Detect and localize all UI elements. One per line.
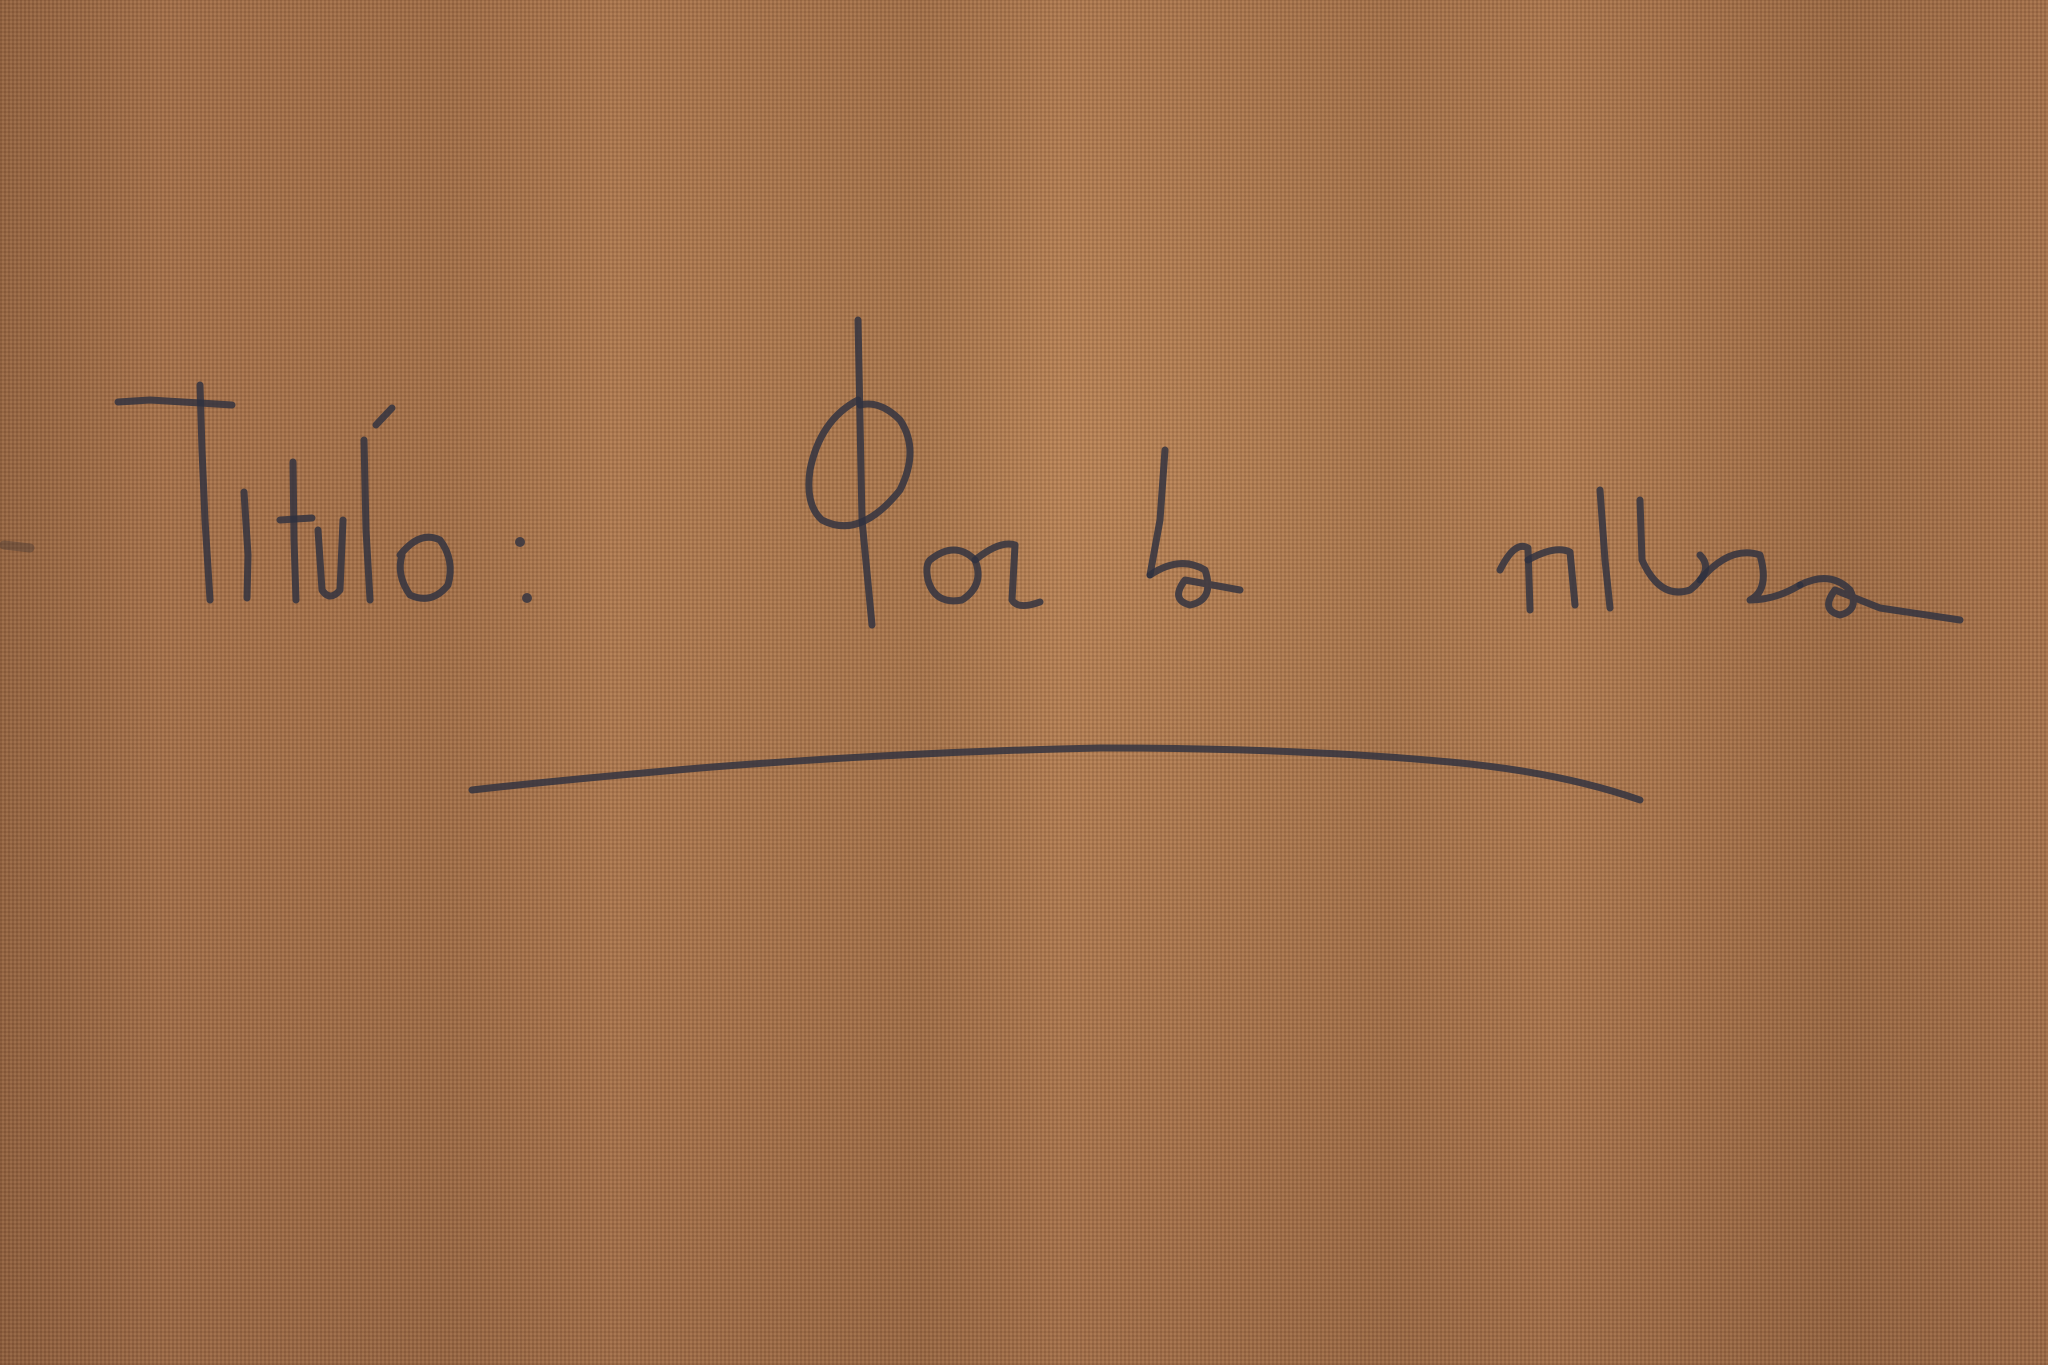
underline bbox=[472, 748, 1640, 800]
word-por-la bbox=[809, 320, 1240, 625]
word-ribera bbox=[1500, 490, 1960, 620]
canvas-back: Título: Por la ribera bbox=[0, 0, 2048, 1365]
handwriting-strokes bbox=[0, 0, 2048, 1365]
word-titulo bbox=[118, 385, 532, 603]
edge-mark bbox=[4, 545, 30, 548]
pencil-inscription: Título: Por la ribera bbox=[0, 0, 2048, 1365]
